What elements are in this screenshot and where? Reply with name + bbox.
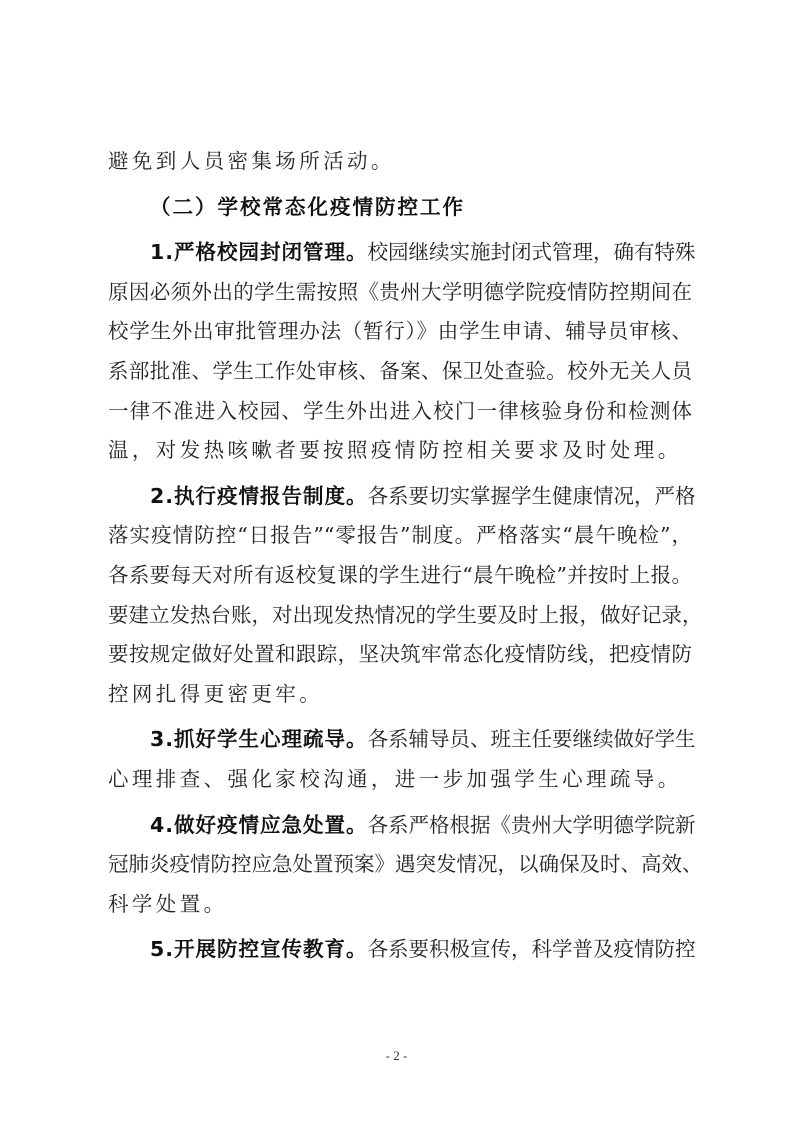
section-heading: （二）学校常态化疫情防控工作 (108, 188, 692, 228)
item-4-text: 各系严格根据《贵州大学明德学院新 (368, 813, 696, 837)
item-2-text: 各系要切实掌握学生健康情况，严格 (368, 484, 696, 508)
paragraph-line: 原因必须外出的学生需按照《贵州大学明德学院疫情防控期间在 (108, 273, 692, 313)
paragraph-line: 各系要每天对所有返校复课的学生进行“晨午晚检”并按时上报。 (108, 556, 692, 596)
item-3-text: 各系辅导员、班主任要继续做好学生 (368, 727, 696, 751)
item-2-title: 2.执行疫情报告制度。 (150, 484, 368, 508)
page-number: - 2 - (0, 1048, 793, 1064)
paragraph-line: 科学处置。 (108, 885, 692, 925)
item-5-first-line: 5.开展防控宣传教育。各系要积极宣传，科学普及疫情防控 (108, 930, 692, 970)
item-3-first-line: 3.抓好学生心理疏导。各系辅导员、班主任要继续做好学生 (108, 720, 692, 760)
item-2-first-line: 2.执行疫情报告制度。各系要切实掌握学生健康情况，严格 (108, 477, 692, 517)
item-3-title: 3.抓好学生心理疏导。 (150, 727, 368, 751)
paragraph-line: 落实疫情防控“日报告”“零报告”制度。严格落实“晨午晚检”， (108, 516, 692, 556)
paragraph-line: 心理排查、强化家校沟通，进一步加强学生心理疏导。 (108, 760, 692, 800)
paragraph-line: 系部批准、学生工作处审核、备案、保卫处查验。校外无关人员 (108, 352, 692, 392)
item-5-title: 5.开展防控宣传教育。 (150, 937, 368, 961)
paragraph-line: 要按规定做好处置和跟踪，坚决筑牢常态化疫情防线，把疫情防 (108, 635, 692, 675)
paragraph-line: 一律不准进入校园、学生外出进入校门一律核验身份和检测体 (108, 392, 692, 432)
document-body: 避免到人员密集场所活动。 （二）学校常态化疫情防控工作 1.严格校园封闭管理。校… (108, 142, 692, 970)
paragraph-line: 避免到人员密集场所活动。 (108, 142, 692, 182)
document-page: 避免到人员密集场所活动。 （二）学校常态化疫情防控工作 1.严格校园封闭管理。校… (0, 0, 793, 1122)
paragraph-line: 要建立发热台账，对出现发热情况的学生要及时上报，做好记录， (108, 596, 692, 636)
item-1-title: 1.严格校园封闭管理。 (150, 240, 368, 264)
item-4-title: 4.做好疫情应急处置。 (150, 813, 368, 837)
paragraph-line: 温，对发热咳嗽者要按照疫情防控相关要求及时处理。 (108, 431, 692, 471)
item-1-text: 校园继续实施封闭式管理，确有特殊 (368, 240, 696, 264)
item-5-text: 各系要积极宣传，科学普及疫情防控 (368, 937, 696, 961)
paragraph-line: 校学生外出审批管理办法（暂行）》由学生申请、辅导员审核、 (108, 312, 692, 352)
item-1-first-line: 1.严格校园封闭管理。校园继续实施封闭式管理，确有特殊 (108, 233, 692, 273)
paragraph-line: 冠肺炎疫情防控应急处置预案》遇突发情况，以确保及时、高效、 (108, 845, 692, 885)
paragraph-line: 控网扎得更密更牢。 (108, 675, 692, 715)
item-4-first-line: 4.做好疫情应急处置。各系严格根据《贵州大学明德学院新 (108, 806, 692, 846)
